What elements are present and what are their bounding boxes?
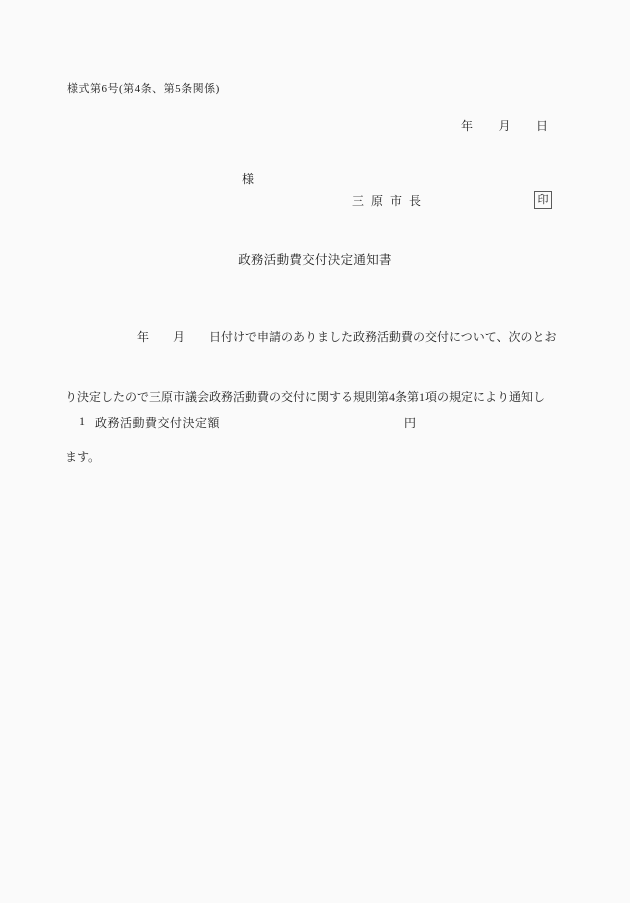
item-row-decision-amount: 1 政務活動費交付決定額 円 xyxy=(79,414,91,504)
item-label: 政務活動費交付決定額 xyxy=(95,414,220,431)
amount-blank xyxy=(219,414,404,429)
addressee-name-blank xyxy=(77,173,242,187)
currency-unit-label: 円 xyxy=(404,414,416,431)
body-line-1: 年 月 日付けで申請のありました政務活動費の交付について、次のとお xyxy=(65,327,565,347)
addressee-suffix: 様 xyxy=(242,172,254,186)
document-page: 様式第6号(第4条、第5条関係) 年 月 日 様 三原市長 印 政務活動費交付決… xyxy=(0,0,630,903)
seal-mark: 印 xyxy=(534,191,552,209)
body-paragraph: 年 月 日付けで申請のありました政務活動費の交付について、次のとお り決定したの… xyxy=(65,287,565,507)
page-title: 政務活動費交付決定通知書 xyxy=(0,250,630,268)
item-number: 1 xyxy=(79,414,85,429)
form-number: 様式第6号(第4条、第5条関係) xyxy=(67,80,220,96)
issuer-title: 三原市長 xyxy=(352,192,428,209)
body-line-3: ます。 xyxy=(65,447,565,467)
addressee-row: 様 xyxy=(65,155,254,202)
body-line-2: り決定したので三原市議会政務活動費の交付に関する規則第4条第1項の規定により通知… xyxy=(65,387,565,407)
issue-date-line: 年 月 日 xyxy=(461,117,549,134)
